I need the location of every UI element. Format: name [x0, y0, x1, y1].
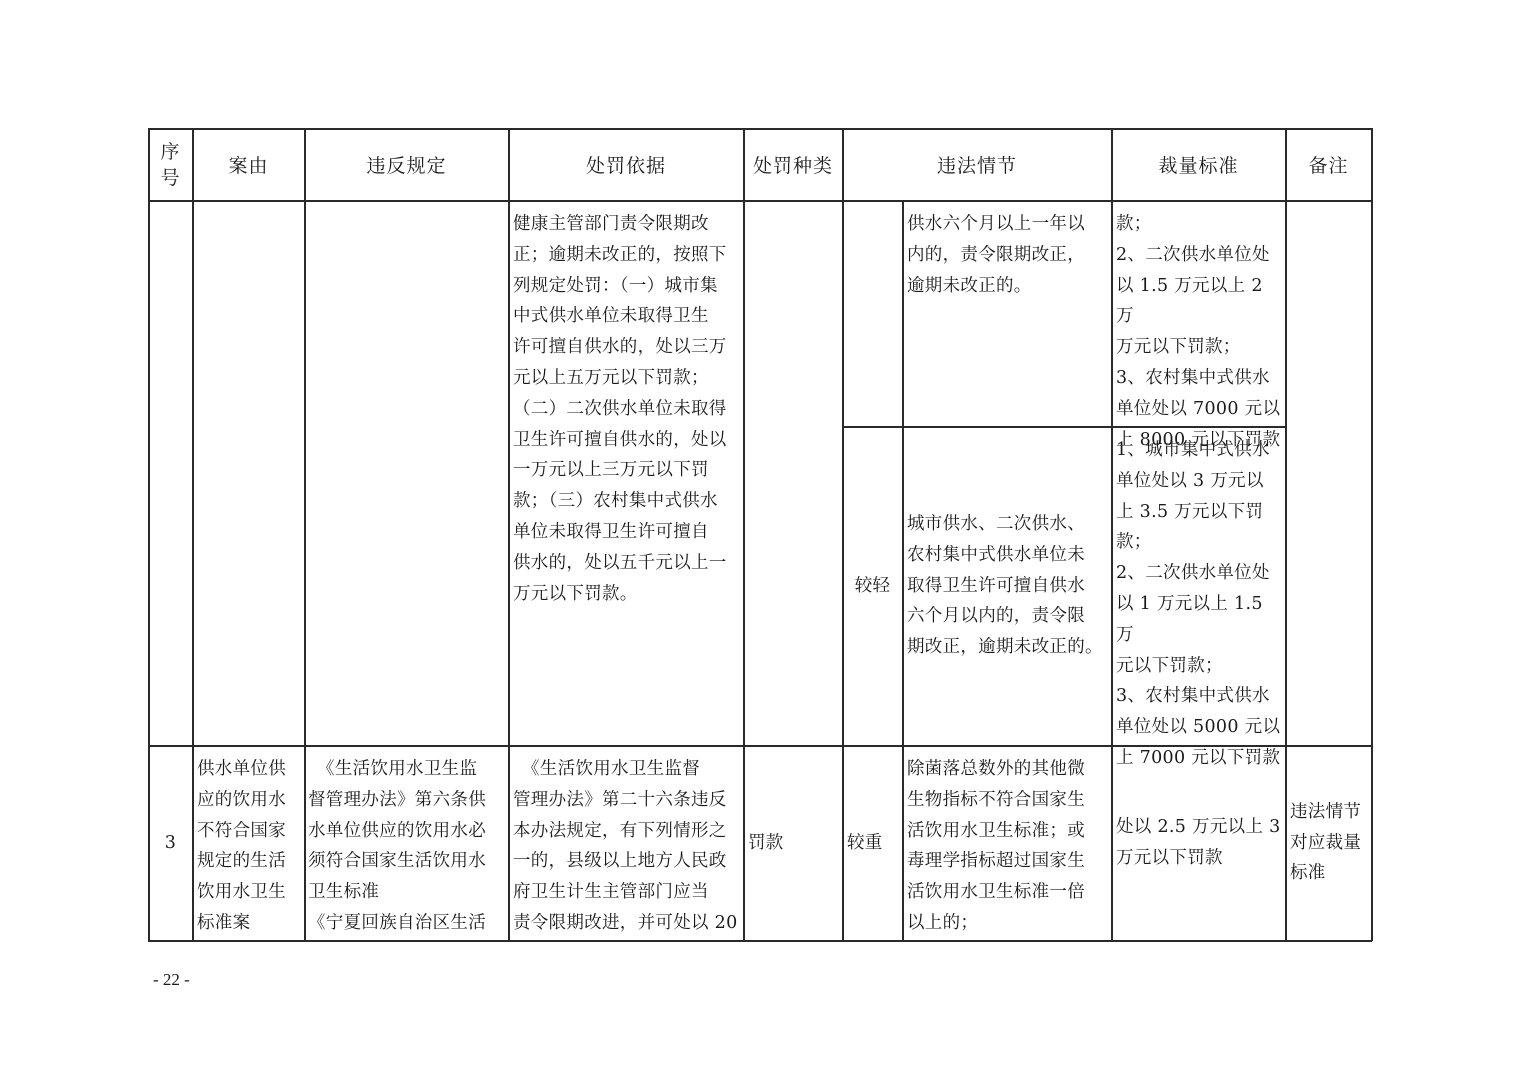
- row3-level: 较重: [847, 746, 902, 940]
- cont-basis-cell: 健康主管部门责令限期改 正；逾期未改正的，按照下 列规定处罚：（一）城市集 中式…: [513, 209, 741, 609]
- header-row-divider: [148, 200, 1372, 202]
- row3-remarks: 违法情节 对应裁量 标准: [1290, 746, 1371, 940]
- col-border-3: [508, 128, 510, 941]
- col-border-7: [1285, 128, 1287, 941]
- header-remarks: 备注: [1286, 129, 1371, 200]
- row3-seq: 3: [149, 746, 192, 940]
- col-border-5b: [902, 200, 904, 941]
- col-border-1: [192, 128, 194, 941]
- header-basis: 处罚依据: [509, 129, 743, 200]
- header-type: 处罚种类: [744, 129, 842, 200]
- col-border-6: [1111, 128, 1113, 941]
- header-standard: 裁量标准: [1112, 129, 1285, 200]
- header-violation: 违反规定: [305, 129, 508, 200]
- cont-circumstance-2: 城市供水、二次供水、 农村集中式供水单位未 取得卫生许可擅自供水 六个月以内的，…: [907, 427, 1111, 745]
- document-page: 序 号 案由 违反规定 处罚依据 处罚种类 违法情节 裁量标准 备注 健康主管部…: [0, 0, 1520, 1074]
- col-border-2: [304, 128, 306, 941]
- cont-standard-2: 1、城市集中式供水 单位处以 3 万元以 上 3.5 万元以下罚 款； 2、二次…: [1116, 435, 1284, 774]
- row3-case: 供水单位供 应的饮用水 不符合国家 规定的生活 饮用水卫生 标准案: [197, 754, 304, 939]
- header-circumstance: 违法情节: [843, 129, 1111, 200]
- row3-circumstance: 除菌落总数外的其他微 生物指标不符合国家生 活饮用水卫生标准；或 毒理学指标超过…: [907, 754, 1111, 939]
- cont-standard-1: 款； 2、二次供水单位处 以 1.5 万元以上 2 万 万元以下罚款； 3、农村…: [1116, 209, 1284, 455]
- page-number: - 22 -: [153, 970, 190, 990]
- col-border-4: [743, 128, 745, 941]
- cont-level-2: 较轻: [843, 427, 902, 745]
- cont-circumstance-1: 供水六个月以上一年以 内的，责令限期改正， 逾期未改正的。: [907, 209, 1111, 301]
- row3-violation: 《生活饮用水卫生监 督管理办法》第六条供 水单位供应的饮用水必 须符合国家生活饮…: [308, 754, 508, 939]
- row3-basis: 《生活饮用水卫生监督 管理办法》第二十六条违反 本办法规定，有下列情形之 一的，…: [513, 754, 742, 939]
- col-border-8: [1371, 128, 1373, 941]
- row3-type: 罚款: [748, 746, 842, 940]
- row3-standard: 处以 2.5 万元以上 3 万元以下罚款: [1116, 746, 1284, 940]
- table-border-bottom: [148, 940, 1372, 942]
- header-case: 案由: [193, 129, 304, 200]
- header-seq: 序 号: [149, 129, 192, 200]
